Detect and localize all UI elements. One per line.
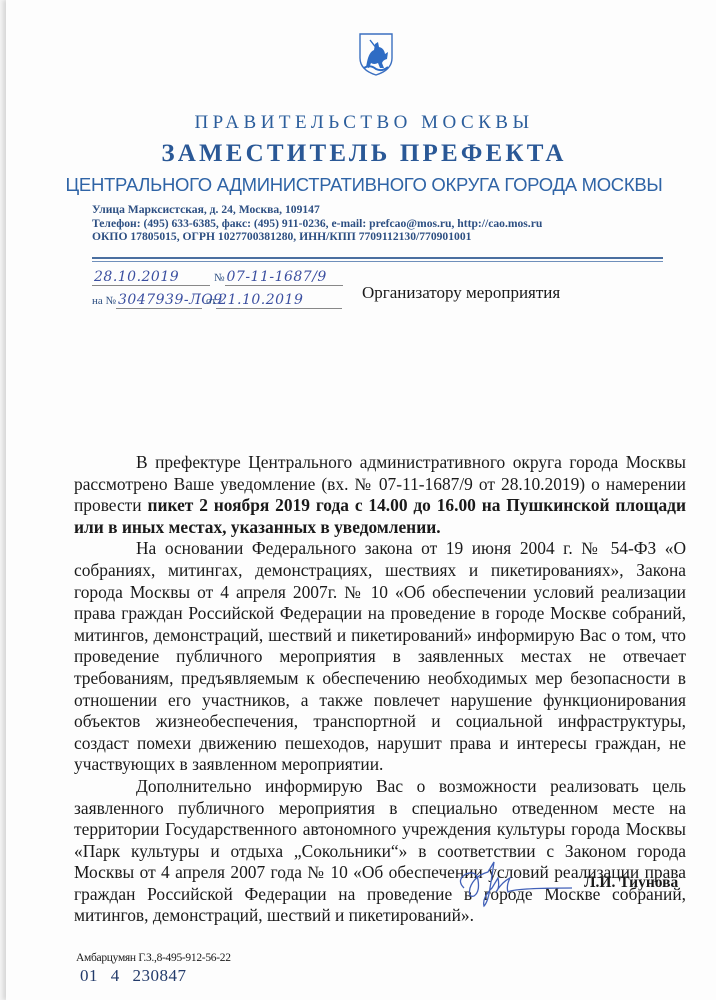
outgoing-number: 07-11-1687/9 <box>225 269 343 286</box>
contacts-block: Улица Марксистская, д. 24, Москва, 10914… <box>92 203 542 244</box>
ref-date-label: от <box>206 295 216 307</box>
incoming-reference: на №3047939-ЛО9 от21.10.2019 <box>92 291 342 309</box>
ref-date: 21.10.2019 <box>216 292 342 309</box>
position-title: ЗАМЕСТИТЕЛЬ ПРЕФЕКТА <box>6 140 716 168</box>
org-codes: ОКПО 17805015, ОГРН 1027700381280, ИНН/К… <box>92 230 542 244</box>
district-title: ЦЕНТРАЛЬНОГО АДМИНИСТРАТИВНОГО ОКРУГА ГО… <box>6 174 716 196</box>
paragraph-3: Дополнительно информирую Вас о возможнос… <box>74 776 686 927</box>
letterhead-divider <box>92 257 663 259</box>
government-title: ПРАВИТЕЛЬСТВО МОСКВЫ <box>6 112 716 134</box>
moscow-coat-of-arms-icon <box>358 32 394 76</box>
event-details: пикет 2 ноября 2019 года с 14.00 до 16.0… <box>74 495 686 537</box>
paragraph-2: На основании Федерального закона от 19 и… <box>74 538 686 776</box>
letter-page: ПРАВИТЕЛЬСТВО МОСКВЫ ЗАМЕСТИТЕЛЬ ПРЕФЕКТ… <box>6 0 716 1000</box>
paragraph-1: В префектуре Центрального административн… <box>74 452 686 538</box>
document-code: 01 4 230847 <box>80 966 187 986</box>
outgoing-registration: 28.10.2019 №07-11-1687/9 <box>92 268 343 286</box>
address: Улица Марксистская, д. 24, Москва, 10914… <box>92 203 542 217</box>
ref-label: на № <box>92 295 116 307</box>
signer-name: Л.И. Тиунова <box>584 874 678 892</box>
letterhead-divider-thin <box>92 261 663 262</box>
letter-body: В префектуре Центрального административн… <box>74 452 686 927</box>
executor-contact: Амбарцумян Г.З.,8-495-912-56-22 <box>76 952 231 964</box>
handwritten-signature-icon <box>454 858 574 918</box>
phones: Телефон: (495) 633-6385, факс: (495) 911… <box>92 217 542 231</box>
outgoing-date: 28.10.2019 <box>92 269 210 286</box>
number-label: № <box>214 272 225 284</box>
ref-number: 3047939-ЛО9 <box>116 292 202 309</box>
addressee: Организатору мероприятия <box>362 283 560 303</box>
